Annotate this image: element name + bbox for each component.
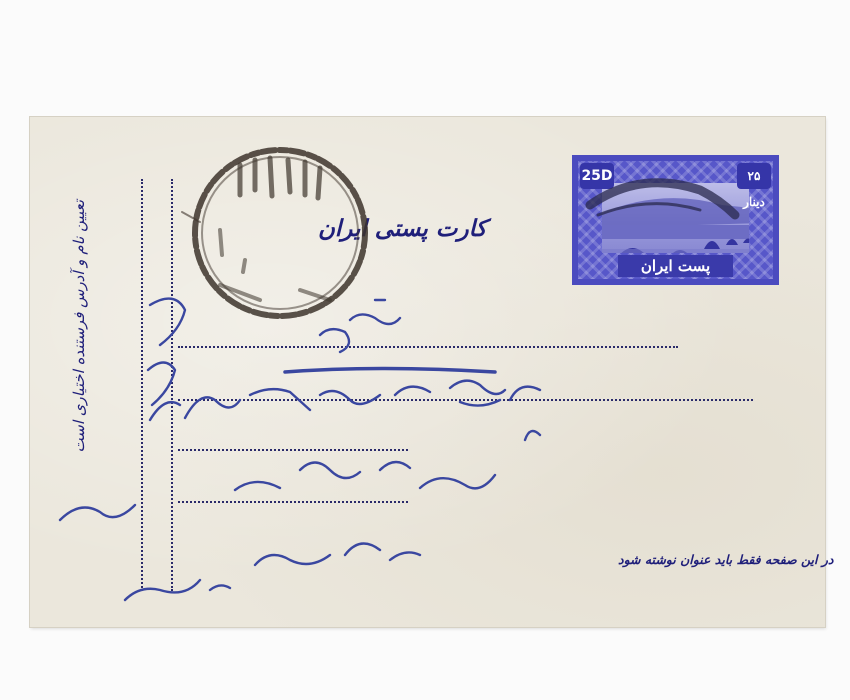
handwritten-address xyxy=(60,299,540,600)
postmark-icon xyxy=(182,150,365,316)
ink-overlay xyxy=(0,0,850,700)
stamp-cancellation-icon xyxy=(590,183,735,215)
